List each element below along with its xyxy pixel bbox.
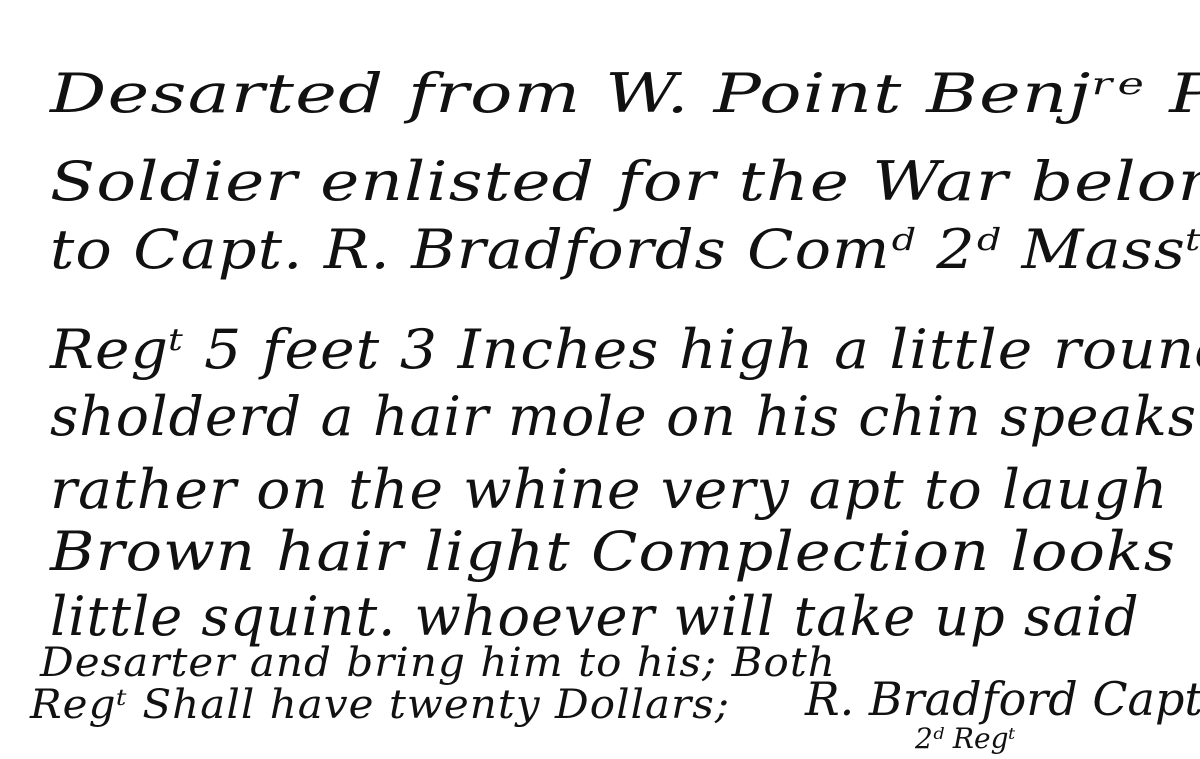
- text-line-2: Soldier enlisted for the War belonging: [50, 150, 1200, 213]
- text-line-3: to Capt. R. Bradfords Comᵈ 2ᵈ Massᵗˢ: [50, 218, 1200, 281]
- text-line-1: Desarted from W. Point Benjʳᵉ Patten: [50, 62, 1200, 125]
- text-line-10: Regᵗ Shall have twenty Dollars;: [30, 682, 730, 728]
- text-line-5: sholderd a hair mole on his chin speaks: [50, 385, 1197, 448]
- signature-name: R. Bradford Capt: [805, 672, 1200, 726]
- signature-unit: 2ᵈ Regᵗ: [915, 722, 1015, 755]
- text-line-7: Brown hair light Complection looks: [50, 520, 1176, 583]
- text-line-4: Regᵗ 5 feet 3 Inches high a little round: [50, 318, 1200, 381]
- text-line-8: little squint. whoever will take up said: [50, 585, 1140, 648]
- text-line-6: rather on the whine very apt to laugh: [50, 458, 1168, 521]
- text-line-9: Desarter and bring him to his; Both: [40, 640, 836, 686]
- document-page: Desarted from W. Point Benjʳᵉ Patten Sol…: [0, 0, 1200, 759]
